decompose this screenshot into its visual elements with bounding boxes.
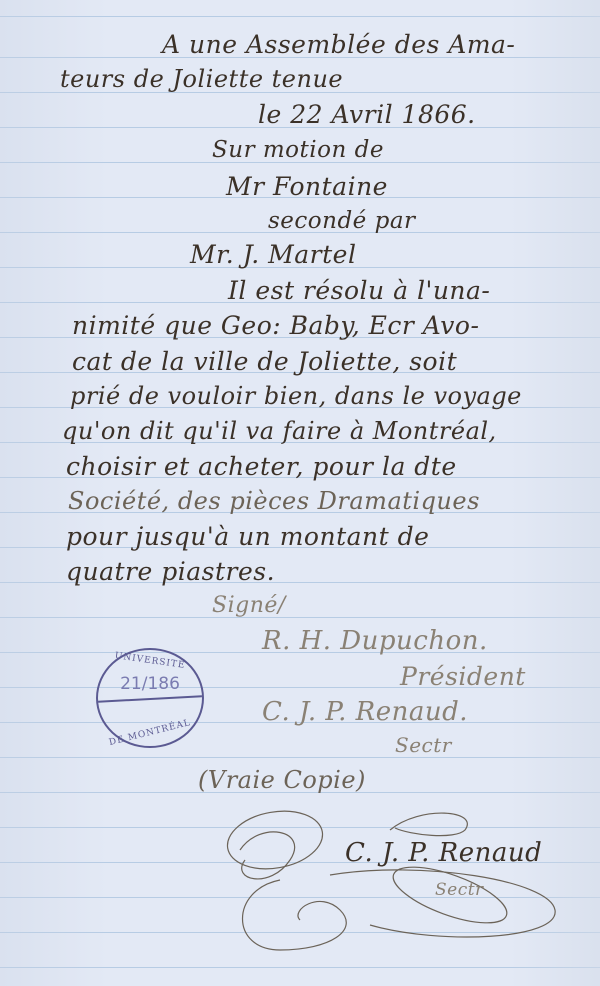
text-line-14: Société, des pièces Dramatiques bbox=[68, 487, 480, 515]
text-line-12: qu'on dit qu'il va faire à Montréal, bbox=[62, 417, 497, 445]
manuscript-page: A une Assemblée des Ama- teurs de Joliet… bbox=[0, 0, 600, 986]
text-line-3: le 22 Avril 1866. bbox=[258, 100, 476, 129]
text-line-7: Mr. J. Martel bbox=[190, 240, 356, 269]
stamp-divider bbox=[98, 695, 202, 702]
true-copy-label: (Vraie Copie) bbox=[198, 766, 366, 794]
text-line-4: Sur motion de bbox=[212, 137, 384, 163]
text-line-10: cat de la ville de Joliette, soit bbox=[72, 347, 457, 376]
university-stamp: UNIVERSITÉ 21/186 DE MONTRÉAL bbox=[96, 648, 204, 748]
copy-signature-name: C. J. P. Renaud bbox=[345, 838, 542, 868]
signed-label: Signé/ bbox=[212, 593, 286, 618]
text-line-2: teurs de Joliette tenue bbox=[60, 65, 343, 93]
president-title: Président bbox=[400, 662, 526, 691]
text-line-16: quatre piastres. bbox=[66, 557, 275, 586]
text-line-8: Il est résolu à l'una- bbox=[228, 276, 490, 305]
stamp-bottom-text: DE MONTRÉAL bbox=[98, 716, 201, 751]
text-line-6: secondé par bbox=[268, 208, 416, 234]
copy-signature-title: Sectr bbox=[435, 880, 484, 900]
president-signature: R. H. Dupuchon. bbox=[262, 626, 488, 656]
text-line-1: A une Assemblée des Ama- bbox=[162, 30, 515, 59]
text-line-9: nimité que Geo: Baby, Ecr Avo- bbox=[72, 311, 479, 340]
signature-flourish-icon bbox=[220, 800, 560, 970]
secretary-title: Sectr bbox=[395, 733, 452, 757]
stamp-top-text: UNIVERSITÉ bbox=[98, 649, 202, 673]
stamp-number: 21/186 bbox=[98, 674, 202, 694]
secretary-signature: C. J. P. Renaud. bbox=[262, 697, 468, 727]
text-line-13: choisir et acheter, pour la dte bbox=[66, 452, 457, 481]
text-line-5: Mr Fontaine bbox=[226, 172, 388, 201]
text-line-11: prié de vouloir bien, dans le voyage bbox=[70, 382, 522, 410]
text-line-15: pour jusqu'à un montant de bbox=[66, 522, 429, 551]
